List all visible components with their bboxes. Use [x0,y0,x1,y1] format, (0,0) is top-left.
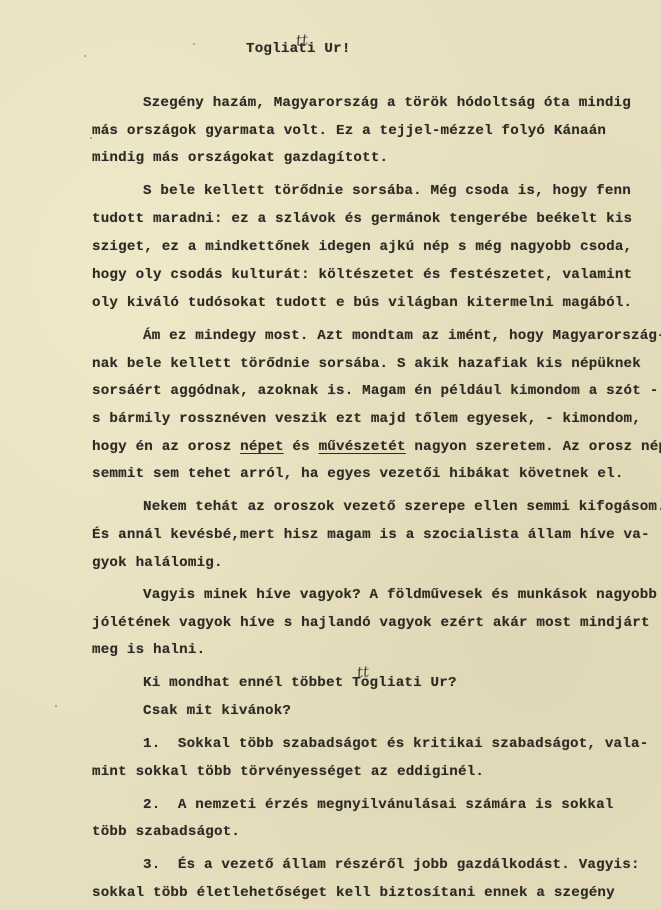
letter-line: sziget, ez a mindkettőnek idegen ajkú né… [92,239,632,255]
letter-line: 2. A nemzeti érzés megnyilvánulásai szám… [143,797,614,813]
letter-line: gyok halálomig. [92,555,223,571]
letter-line: hogy én az orosz népet és művészetét nag… [92,439,661,455]
letter-line: mindig más országokat gazdagított. [92,150,388,166]
letter-line: Vagyis minek híve vagyok? A földművesek … [143,587,657,603]
letter-line: Nekem tehát az oroszok vezető szerepe el… [143,499,661,515]
letter-line: meg is halni. [92,642,205,658]
letter-line: más országok gyarmata volt. Ez a tejjel-… [92,123,606,139]
letter-line: Ám ez mindegy most. Azt mondtam az imént… [143,328,661,344]
paper-speck [193,43,195,45]
typewritten-letter-page: Togliati Ur! tt Szegény hazám, Magyarors… [0,0,661,910]
letter-line: semmit sem tehet arról, ha egyes vezetői… [92,466,624,482]
paper-speck [196,103,198,105]
letter-line: 3. És a vezető állam részéről jobb gazdá… [143,857,640,873]
letter-line: Csak mit kivánok? [143,703,291,719]
letter-line: oly kiváló tudósokat tudott e bús világb… [92,295,632,311]
paper-speck [55,705,57,707]
letter-line: Ki mondhat ennél többet Togliati Ur? [143,675,457,691]
letter-line: hogy oly csodás kulturát: költészetet és… [92,267,632,283]
paper-speck [84,55,86,57]
letter-line: mint sokkal több törvényességet az eddig… [92,764,484,780]
letter-line: sokkal több életlehetőséget kell biztosí… [92,885,615,901]
letter-line: tudott maradni: ez a szlávok és germánok… [92,211,632,227]
letter-line: sorsáért aggódnak, azoknak is. Magam én … [92,383,658,399]
paper-speck [90,137,92,139]
letter-line: nak bele kellett törődnie sorsába. S aki… [92,356,641,372]
letter-line: 1. Sokkal több szabadságot és kritikai s… [143,736,648,752]
letter-line: Szegény hazám, Magyarország a török hódo… [143,95,631,111]
letter-line: jólétének vagyok híve s hajlandó vagyok … [92,615,650,631]
handwritten-correction-2: tt [356,662,370,681]
letter-line: több szabadságot. [92,824,240,840]
letter-line: S bele kellett törődnie sorsába. Még cso… [143,183,631,199]
letter-line: És annál kevésbé,mert hisz magam is a sz… [92,527,650,543]
handwritten-correction: tt [295,30,309,49]
letter-line: s bármily rossznéven veszik ezt majd től… [92,411,641,427]
